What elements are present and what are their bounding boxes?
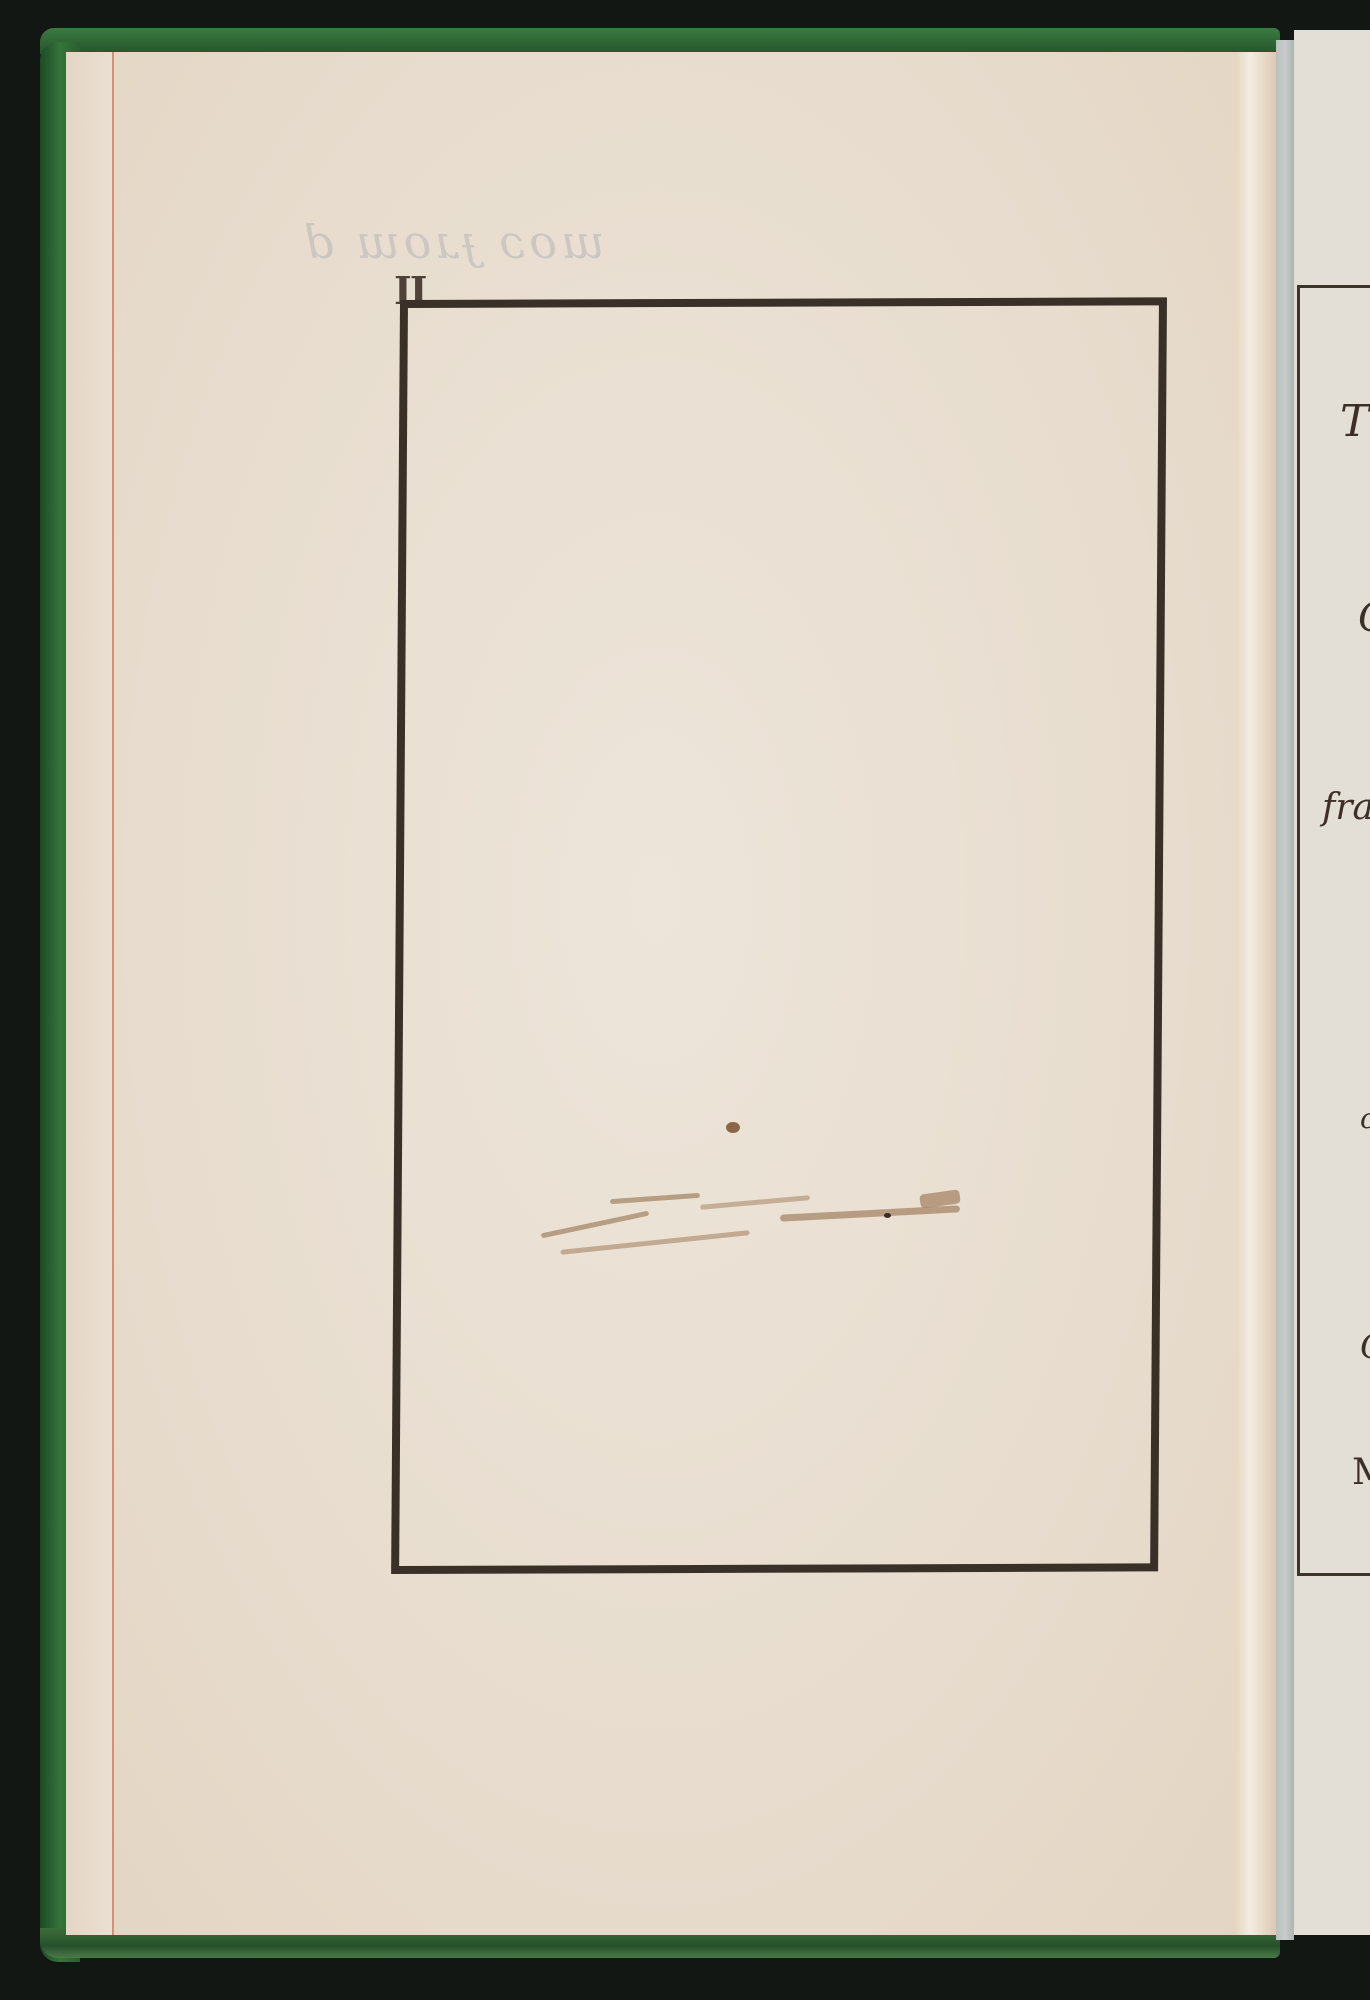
- empty-ink-frame: [391, 297, 1167, 1574]
- right-page-letter: C: [1358, 598, 1370, 638]
- right-page-letter: T: [1340, 400, 1369, 444]
- gutter-shadow: [1276, 40, 1294, 1940]
- pencil-show-through-text: ɯoɔ ɟɹoɯ d: [300, 215, 605, 269]
- flyleaf-edge: [66, 52, 114, 1935]
- right-page-letter: C: [1360, 1330, 1370, 1364]
- ink-dot: [884, 1213, 891, 1218]
- ink-spot: [726, 1122, 740, 1133]
- right-page-letter: c: [1360, 1105, 1370, 1133]
- right-page-letter: fra: [1322, 790, 1370, 826]
- green-cloth-binding-top: [40, 28, 1280, 54]
- right-page-letter: M: [1352, 1455, 1370, 1491]
- gutter-fold: [1236, 52, 1276, 1935]
- right-page-ink-frame: [1297, 285, 1370, 1576]
- margin-rule-line: [112, 52, 114, 1935]
